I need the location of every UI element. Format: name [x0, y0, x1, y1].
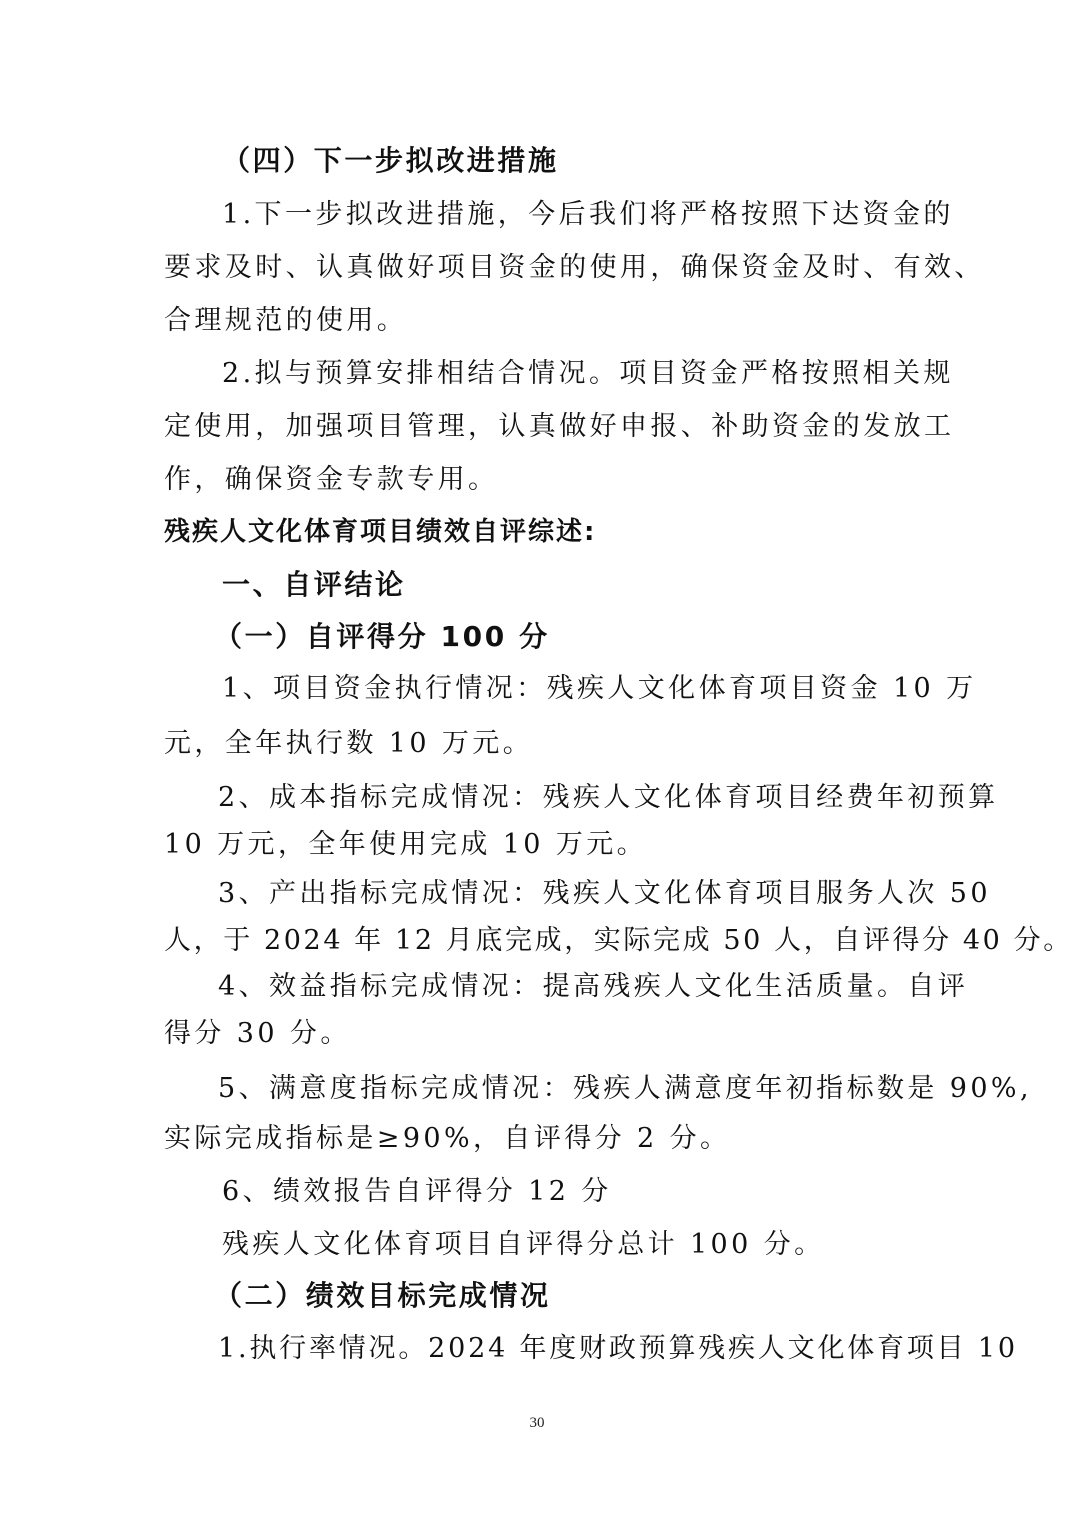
section-heading-self-evaluation-conclusion: 一、自评结论 [222, 568, 406, 602]
score-item-4-line: 得分 30 分。 [164, 1017, 351, 1051]
score-item-3-line: 人，于 2024 年 12 月底完成，实际完成 50 人，自评得分 40 分。 [164, 924, 1073, 958]
paragraph-line: 要求及时、认真做好项目资金的使用，确保资金及时、有效、 [164, 251, 985, 285]
score-item-1-line: 1、项目资金执行情况：残疾人文化体育项目资金 10 万 [222, 672, 977, 706]
score-item-4-line: 4、效益指标完成情况：提高残疾人文化生活质量。自评 [218, 970, 968, 1004]
score-item-2-line: 10 万元，全年使用完成 10 万元。 [164, 828, 647, 862]
paragraph-line: 1.下一步拟改进措施，今后我们将严格按照下达资金的 [222, 198, 954, 232]
score-item-3-line: 3、产出指标完成情况：残疾人文化体育项目服务人次 50 [218, 877, 991, 911]
paragraph-line: 2.拟与预算安排相结合情况。项目资金严格按照相关规 [222, 357, 954, 391]
score-item-2-line: 2、成本指标完成情况：残疾人文化体育项目经费年初预算 [218, 781, 999, 815]
paragraph-line: 定使用，加强项目管理，认真做好申报、补助资金的发放工 [164, 410, 954, 444]
paragraph-line: 合理规范的使用。 [164, 304, 407, 338]
score-total: 残疾人文化体育项目自评得分总计 100 分。 [222, 1228, 825, 1262]
score-item-5-line: 5、满意度指标完成情况：残疾人满意度年初指标数是 90%, [218, 1072, 1032, 1106]
paragraph-line: 1.执行率情况。2024 年度财政预算残疾人文化体育项目 10 [218, 1332, 1018, 1366]
section-heading-improvement-measures: （四）下一步拟改进措施 [222, 144, 559, 178]
project-summary-title: 残疾人文化体育项目绩效自评综述: [164, 515, 596, 549]
score-item-6-line: 6、绩效报告自评得分 12 分 [222, 1175, 612, 1209]
page-number: 30 [0, 1414, 1074, 1432]
score-item-1-line: 元，全年执行数 10 万元。 [164, 727, 533, 761]
score-item-5-line: 实际完成指标是≥90%，自评得分 2 分。 [164, 1122, 730, 1156]
paragraph-line: 作，确保资金专款专用。 [164, 463, 498, 497]
document-page: （四）下一步拟改进措施 1.下一步拟改进措施，今后我们将严格按照下达资金的 要求… [0, 0, 1074, 1520]
subsection-heading-goal-completion: （二）绩效目标完成情况 [214, 1279, 551, 1313]
subsection-heading-self-score: （一）自评得分 100 分 [214, 620, 550, 654]
